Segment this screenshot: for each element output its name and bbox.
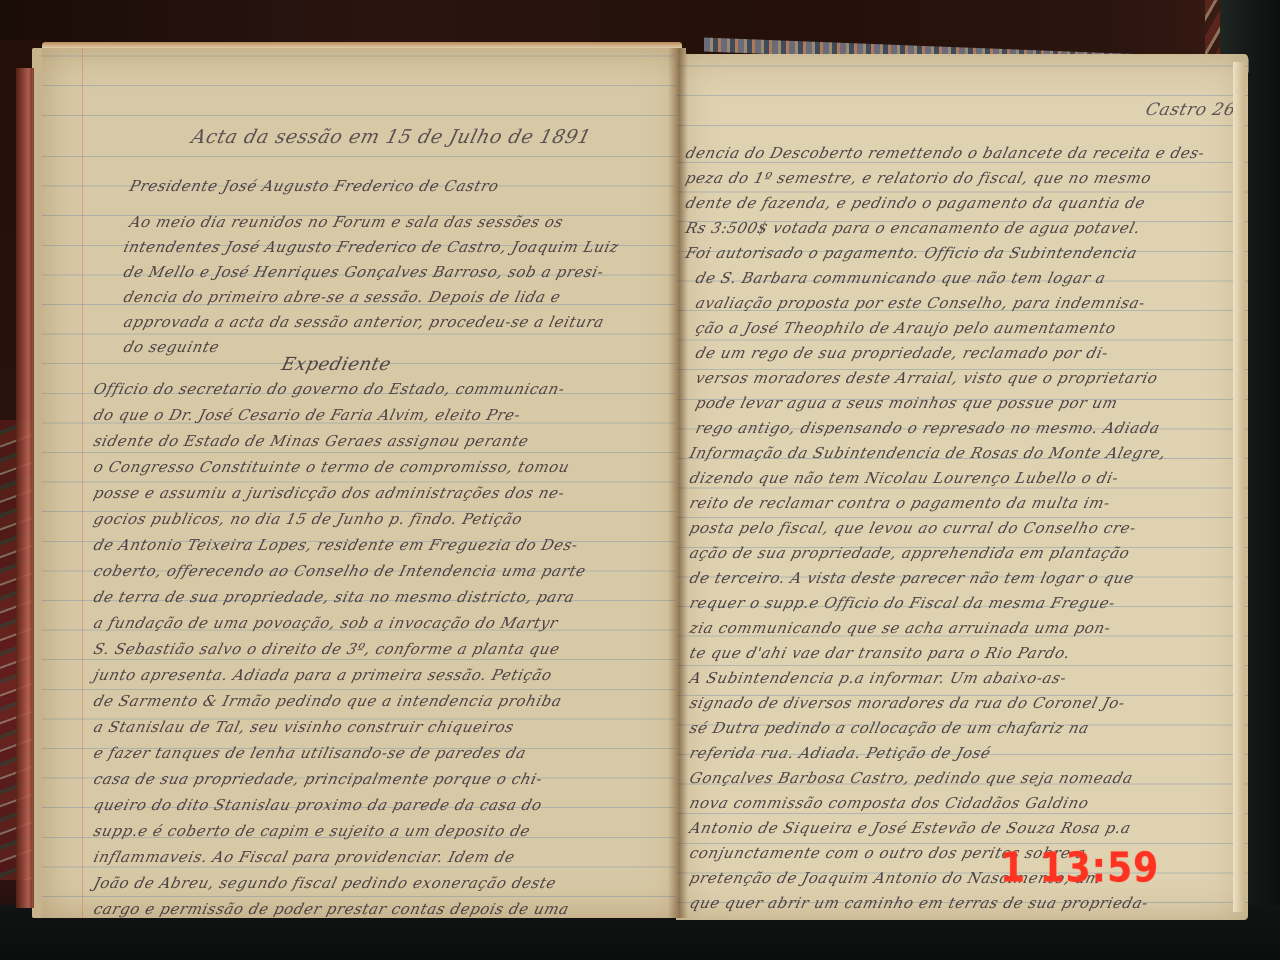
page-header-castro-26: Castro 26 — [1144, 100, 1238, 120]
handwritten-line: te que d'ahi vae dar transito para o Rio… — [688, 644, 1073, 662]
handwritten-line: de terceiro. A vista deste parecer não t… — [688, 569, 1136, 587]
handwritten-line: dente de fazenda, e pedindo o pagamento … — [684, 194, 1148, 212]
section-heading-expediente: Expediente — [279, 354, 393, 375]
handwritten-line: Rs 3:500$ votada para o encanamento de a… — [684, 219, 1143, 237]
handwritten-line: S. Sebastião salvo o direito de 3º, conf… — [92, 640, 562, 658]
right-page: Castro 26 dencia do Descoberto remettend… — [676, 54, 1248, 920]
minutes-title: Acta da sessão em 15 de Julho de 1891 — [189, 126, 593, 148]
handwritten-line: dencia do Descoberto remettendo o balanc… — [684, 144, 1207, 162]
handwritten-line: Foi autorisado o pagamento. Officio da S… — [684, 244, 1139, 262]
handwritten-line: versos moradores deste Arraial, visto qu… — [694, 369, 1160, 387]
handwritten-line: que quer abrir um caminho em terras de s… — [688, 894, 1151, 912]
handwritten-line: sidente do Estado de Minas Geraes assign… — [92, 432, 531, 450]
handwritten-line: intendentes José Augusto Frederico de Ca… — [122, 238, 621, 256]
handwritten-line: Officio do secretario do governo do Esta… — [92, 380, 567, 398]
handwritten-line: gocios publicos, no dia 15 de Junho p. f… — [92, 510, 525, 528]
handwritten-line: de Antonio Teixeira Lopes, residente em … — [92, 536, 580, 554]
handwritten-line: de Sarmento & Irmão pedindo que a intend… — [92, 692, 564, 710]
handwritten-line: rego antigo, dispensando o represado no … — [694, 419, 1162, 437]
handwritten-line: a Stanislau de Tal, seu visinho construi… — [92, 718, 516, 736]
handwritten-line: cargo e permissão de poder prestar conta… — [92, 900, 571, 918]
handwritten-line: o Congresso Constituinte o termo de comp… — [92, 458, 572, 476]
handwritten-line: signado de diversos moradores da rua do … — [688, 694, 1127, 712]
handwritten-line: de Mello e José Henriques Gonçalves Barr… — [122, 263, 606, 281]
handwritten-line: pode levar agua a seus moinhos que possu… — [694, 394, 1120, 412]
handwritten-line: sé Dutra pedindo a collocação de um chaf… — [688, 719, 1091, 737]
handwritten-line: queiro do dito Stanislau proximo da pare… — [92, 796, 544, 814]
handwritten-line: Informação da Subintendencia de Rosas do… — [688, 444, 1168, 462]
handwritten-line: de S. Barbara communicando que não tem l… — [694, 269, 1108, 287]
handwritten-line: dencia do primeiro abre-se a sessão. Dep… — [122, 288, 563, 306]
handwritten-line: nova commissão composta dos Cidadãos Gal… — [688, 794, 1091, 812]
left-margin-rule — [82, 48, 83, 918]
handwritten-line: a fundação de uma povoação, sob a invoca… — [92, 614, 560, 632]
handwritten-line: posse e assumiu a jurisdicção dos admini… — [92, 484, 567, 502]
right-page-edge — [1233, 62, 1245, 912]
handwritten-line: Antonio de Siqueira e José Estevão de So… — [688, 819, 1133, 837]
handwritten-line: junto apresenta. Adiada para a primeira … — [92, 666, 554, 684]
open-ledger-book: Acta da sessão em 15 de Julho de 1891 Pr… — [28, 44, 1246, 920]
book-gutter — [668, 48, 688, 918]
handwritten-line: posta pelo fiscal, que levou ao curral d… — [688, 519, 1138, 537]
handwritten-line: Ao meio dia reunidos no Forum e sala das… — [128, 213, 566, 231]
handwritten-line: A Subintendencia p.a informar. Um abaixo… — [688, 669, 1069, 687]
handwritten-line: coberto, offerecendo ao Conselho de Inte… — [92, 562, 588, 580]
handwritten-line: casa de sua propriedade, principalmente … — [92, 770, 545, 788]
handwritten-line: avaliação proposta por este Conselho, pa… — [694, 294, 1148, 312]
handwritten-line: supp.e é coberto de capim e sujeito a um… — [92, 822, 533, 840]
handwritten-line: do que o Dr. José Cesario de Faria Alvim… — [92, 406, 523, 424]
handwritten-line: referida rua. Adiada. Petição de José — [688, 744, 993, 762]
handwritten-line: approvada a acta da sessão anterior, pro… — [122, 313, 606, 331]
handwritten-line: Gonçalves Barbosa Castro, pedindo que se… — [688, 769, 1135, 787]
handwritten-line: zia communicando que se acha arruinada u… — [688, 619, 1113, 637]
handwritten-line: ção a José Theophilo de Araujo pelo aume… — [694, 319, 1118, 337]
handwritten-line: inflammaveis. Ao Fiscal para providencia… — [92, 848, 517, 866]
handwritten-line: João de Abreu, segundo fiscal pedindo ex… — [92, 874, 559, 892]
camera-timestamp-overlay: 1 13:59 — [1000, 845, 1159, 892]
handwritten-line: ação de sua propriedade, apprehendida em… — [688, 544, 1132, 562]
handwritten-line: Presidente José Augusto Frederico de Cas… — [128, 177, 501, 195]
handwritten-line: de terra de sua propriedade, sita no mes… — [92, 588, 577, 606]
handwritten-line: e fazer tanques de lenha utilisando-se d… — [92, 744, 529, 762]
handwritten-line: reito de reclamar contra o pagamento da … — [688, 494, 1112, 512]
handwritten-line: peza do 1º semestre, e relatorio do fisc… — [684, 169, 1154, 187]
handwritten-line: de um rego de sua propriedade, reclamado… — [694, 344, 1111, 362]
handwritten-line: requer o supp.e Officio do Fiscal da mes… — [688, 594, 1118, 612]
handwritten-line: dizendo que não tem Nicolau Lourenço Lub… — [688, 469, 1121, 487]
handwritten-line: do seguinte — [122, 338, 222, 356]
left-page: Acta da sessão em 15 de Julho de 1891 Pr… — [32, 48, 686, 918]
